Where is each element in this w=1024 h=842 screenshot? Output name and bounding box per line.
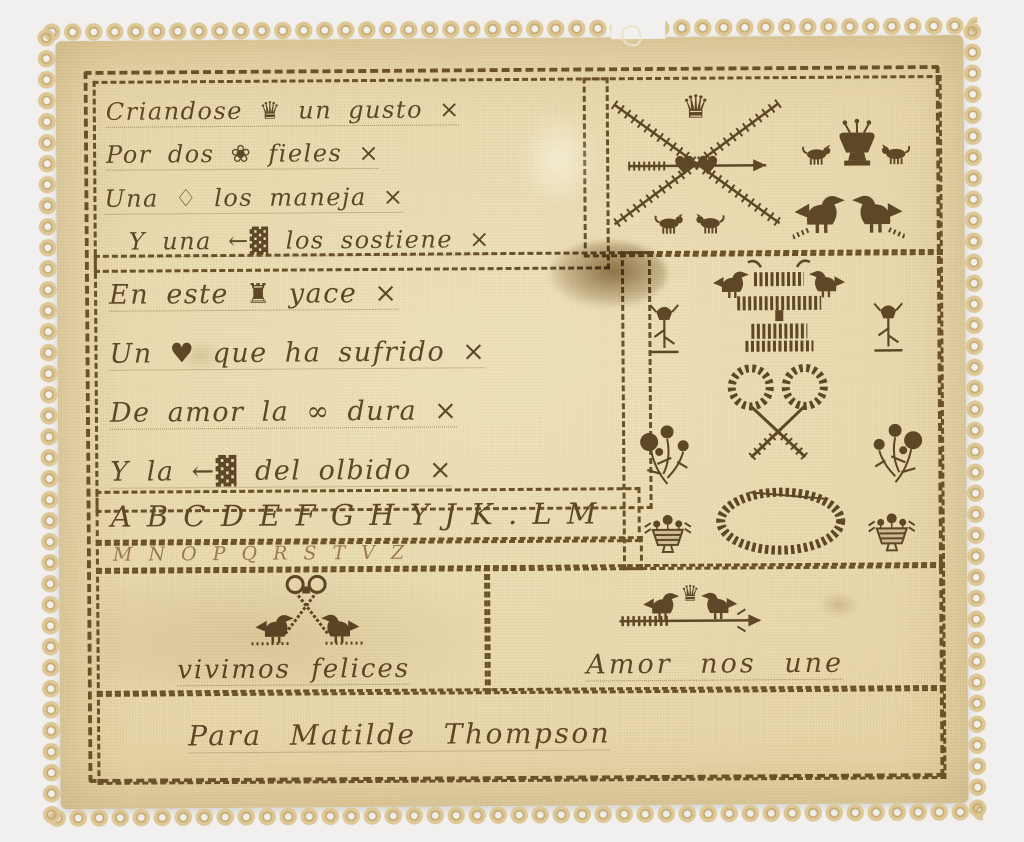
bird-icon	[809, 271, 845, 298]
dog-icon	[656, 214, 683, 234]
panel-verse-top: Criandose ♛ un gusto × Por dos ❀ fieles …	[93, 77, 610, 273]
verse-line: Por dos ❀ fieles ×	[106, 138, 596, 169]
flower-sprig-motif	[866, 298, 910, 356]
panel-dedication: Para Matilde Thompson	[97, 685, 947, 785]
verse-line: Criandose ♛ un gusto ×	[106, 94, 596, 125]
bow-icon	[287, 576, 303, 592]
verse-line: Y la ←▓ del olbido ×	[110, 453, 637, 488]
laurel-wreath-motif	[705, 479, 856, 560]
flower-basket-motif	[640, 500, 696, 558]
crossed-keys-motif	[693, 361, 864, 462]
arrow-head-icon	[753, 159, 766, 171]
photo-background: Criandose ♛ un gusto × Por dos ❀ fieles …	[0, 0, 1024, 842]
fountain-birds-motif	[699, 257, 860, 358]
bird-icon	[321, 615, 360, 643]
rose-sprig-motif	[633, 422, 705, 491]
crossed-branches-crown-motif: ♛ ♥♥	[594, 81, 800, 244]
verse-line: Un ♥ que ha sufrido ×	[109, 335, 636, 370]
dedication-text: Para Matilde Thompson	[188, 716, 611, 752]
lace-border-right	[960, 21, 990, 817]
arrow-head-icon	[748, 614, 761, 626]
dog-icon	[882, 144, 909, 164]
panel-motifs-middle-right	[621, 249, 945, 570]
verse-line: Una ♢ los maneja ×	[104, 181, 596, 212]
dog-icon	[696, 214, 723, 234]
panel-verse-middle: En este ♜ yace × Un ♥ que ha sufrido × D…	[94, 251, 653, 513]
crown-icon: ♛	[680, 582, 700, 607]
urn-with-dogs-motif	[798, 118, 910, 181]
lace-border-bottom	[47, 800, 983, 831]
loose-thread	[621, 25, 641, 46]
bow-icon	[309, 576, 325, 592]
verse-line: En este ♜ yace ×	[109, 276, 636, 311]
bird-icon	[852, 196, 903, 233]
birds-crown-arrow-motif: ♛	[609, 570, 779, 639]
motto-left-text: vivimos felices	[100, 653, 488, 686]
crown-icon: ♛	[681, 88, 710, 126]
motto-right-text: Amor nos une	[488, 647, 943, 681]
bird-icon	[713, 272, 749, 299]
bird-icon	[701, 593, 737, 620]
lace-border-left	[34, 27, 64, 823]
flower-basket-motif	[864, 498, 920, 556]
dog-icon	[803, 145, 830, 165]
panel-motifs-top-right: ♛ ♥♥	[583, 75, 943, 258]
birds-with-bow-motif	[247, 571, 368, 650]
bird-icon	[794, 196, 845, 233]
flower-sprig-motif	[642, 300, 686, 358]
sampler-fabric: Criandose ♛ un gusto × Por dos ❀ fieles …	[55, 35, 968, 809]
lace-border-top	[41, 14, 977, 45]
panel-motto-left: vivimos felices	[96, 565, 491, 697]
bird-icon	[643, 593, 679, 620]
facing-birds-motif	[792, 178, 904, 243]
verse-line: De amor la ∞ dura ×	[110, 394, 637, 429]
rose-sprig-motif	[857, 420, 929, 489]
panel-motto-right: ♛ Amor nos une	[484, 562, 946, 694]
